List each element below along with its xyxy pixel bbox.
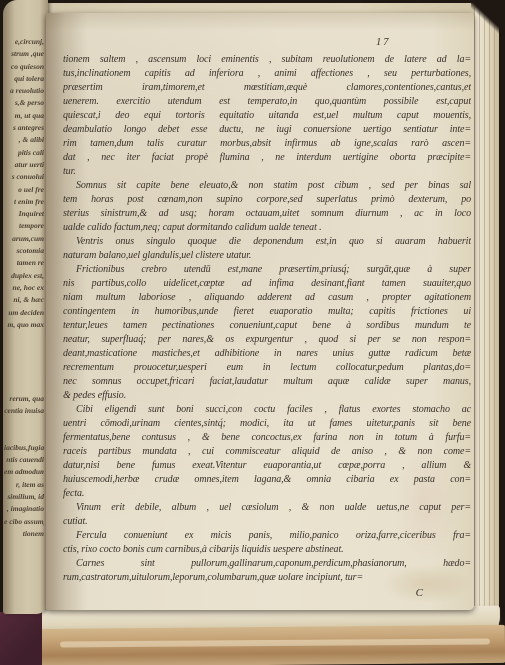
text-line: Somnus sit capite bene eleuato,& non sta… [63,179,471,193]
text-line: uentri cōmodi,urinam cientes,sintq́; mod… [63,417,471,431]
text-line: rim tamen,dum talis curatur morbus,absit… [63,137,471,151]
facing-page-text-fragment: a reuolutio [4,85,44,97]
facing-page-text-fragment: similium, id [4,491,44,503]
facing-page-text-fragment: s antegres [4,122,44,134]
text-line: deambulatio longo debet esse ductu, ne i… [63,123,471,137]
facing-page-text-fragment: co quieson [4,61,44,73]
text-line: raceis partibus mundata , cui commisceat… [63,445,471,459]
catchword: C [63,587,471,599]
facing-page-text-fragment: ne, hoc ex [4,282,44,294]
facing-page-text-fragment: qui tolera [4,73,44,85]
facing-page-text-fragment [4,343,44,355]
text-line: tus,inclinationem capitis ad inferiora ,… [63,67,471,81]
facing-page-text-fragment: tionem [4,528,44,540]
facing-page-text-fragment [4,356,44,368]
text-line: nis partibus,collo uidelicet,cœptæ ad in… [63,277,471,291]
text-line: tentur,leues tamen pectinationes conueni… [63,319,471,333]
facing-page-text-fragment: m, quo max [4,319,44,331]
facing-page-text-fragment [4,331,44,343]
facing-page-text-fragment: s conuolui [4,171,44,183]
text-line: ctis, rixo cocto bonis cum carnibus,à ci… [63,543,471,557]
facing-page-text-fragment [4,417,44,429]
book-photo: e,circunj,strum ,queco quiesonqui tolera… [0,0,505,665]
text-line: Frictionibus crebro utendū est,mane præs… [63,263,471,277]
facing-page-text-fragment: iacibus,fugia [4,442,44,454]
facing-page-text-fragment: pitis cali [4,147,44,159]
background-corner [471,0,505,64]
text-line: quiescat,i deo equi tortoris equitatio u… [63,109,471,123]
facing-page-text-fragment: centia inuisa [4,405,44,417]
text-line: uenerem. exercitio utendum est temperato… [63,95,471,109]
facing-page-text-fragment: um deciden [4,307,44,319]
facing-page-text-fragment: scotomia [4,245,44,257]
facing-page-text-fragment: Inquiret [4,208,44,220]
facing-page-text-fragment [4,368,44,380]
facing-page-text-fragment: m, ut qua [4,110,44,122]
facing-page-text-fragment: ni, & hæc [4,294,44,306]
facing-page-text-fragment [4,380,44,392]
text-line: ualde calido factum,neq; caput dormitand… [63,221,471,235]
facing-page-text-fragment [4,430,44,442]
text-line: fecta. [63,487,471,501]
facing-page-text-fragment: em admodum [4,466,44,478]
facing-page-text-fragment: t enim fre [4,196,44,208]
text-line: niam multum laboriose , aliquando addere… [63,291,471,305]
facing-page-text-fragment: e,circunj, [4,36,44,48]
facing-page-text-fragment: s,& perso [4,97,44,109]
text-line: & pedes effusio. [63,389,471,403]
text-line: fermentatus,bene contusus , & bene conco… [63,431,471,445]
facing-page-text-fragment: , imaginatio [4,503,44,515]
facing-page-fragments: e,circunj,strum ,queco quiesonqui tolera… [4,36,44,540]
book-cover-corner [0,612,42,665]
text-line: datur,nisi bene fumus exeat.Vitentur eua… [63,459,471,473]
facing-page-text-fragment: duplex est, [4,270,44,282]
facing-page-text-fragment: tempore [4,220,44,232]
facing-page-text-fragment: r, item as [4,479,44,491]
text-line: cutiat. [63,515,471,529]
text-line: dat , nec iter faciat propè flumina , ne… [63,151,471,165]
text-line: Fercula conueniunt ex micis panis, milio… [63,529,471,543]
text-line: huiuscemodi,herbæ crudæ omnes,item lagan… [63,473,471,487]
text-line: Cibi eligendi sunt boni succi,con coctu … [63,403,471,417]
text-line: præsertim iram,timorem,et mœstitiam,æquè… [63,81,471,95]
text-line: rum,castratorum,uitulorum,leporum,columb… [63,571,471,585]
text-line: neatur, superfluaq́; per nares,& os expu… [63,333,471,347]
facing-page-text-fragment: strum ,que [4,48,44,60]
facing-page-text-fragment: rerum, qua [4,393,44,405]
text-line: nec somnus occupet,fricari faciat,laudat… [63,375,471,389]
main-page: 17 tionem saltem , ascensum loci eminent… [46,13,474,610]
text-line: tionem saltem , ascensum loci eminentis … [63,53,471,67]
facing-page-text-fragment: tamen re [4,257,44,269]
text-block: tionem saltem , ascensum loci eminentis … [63,53,471,585]
facing-page-text-fragment: arum,cum [4,233,44,245]
text-line: Vinum erit debile, album , uel cæsiolum … [63,501,471,515]
facing-page-edge: e,circunj,strum ,queco quiesonqui tolera… [3,0,48,614]
facing-page-text-fragment: o uel fre [4,184,44,196]
facing-page-text-fragment: atur uerti [4,159,44,171]
text-line: deant,masticatione mastiches,et adhibiti… [63,347,471,361]
facing-page-text-fragment: , & alibi [4,134,44,146]
page-number: 17 [376,37,391,48]
facing-page-text-fragment: ntis cauendi [4,454,44,466]
facing-page-text-fragment: e cibo assump [4,516,44,528]
text-line: Carnes sint pullorum,gallinarum,caponum,… [63,557,471,571]
text-line: naturam balano,uel glandulis,uel clister… [63,249,471,263]
text-line: Ventris onus singulo quoque die deponend… [63,235,471,249]
text-line: tem horas post cœnam,non supino corpore,… [63,193,471,207]
text-line: contingentem in humoribus,unde fieret eu… [63,305,471,319]
right-page-edges [474,8,499,636]
text-line: recrementum prouocetur,uesperi eum in le… [63,361,471,375]
text-line: tur. [63,165,471,179]
text-line: sterius sinistrum,& ad usq; horam octaua… [63,207,471,221]
